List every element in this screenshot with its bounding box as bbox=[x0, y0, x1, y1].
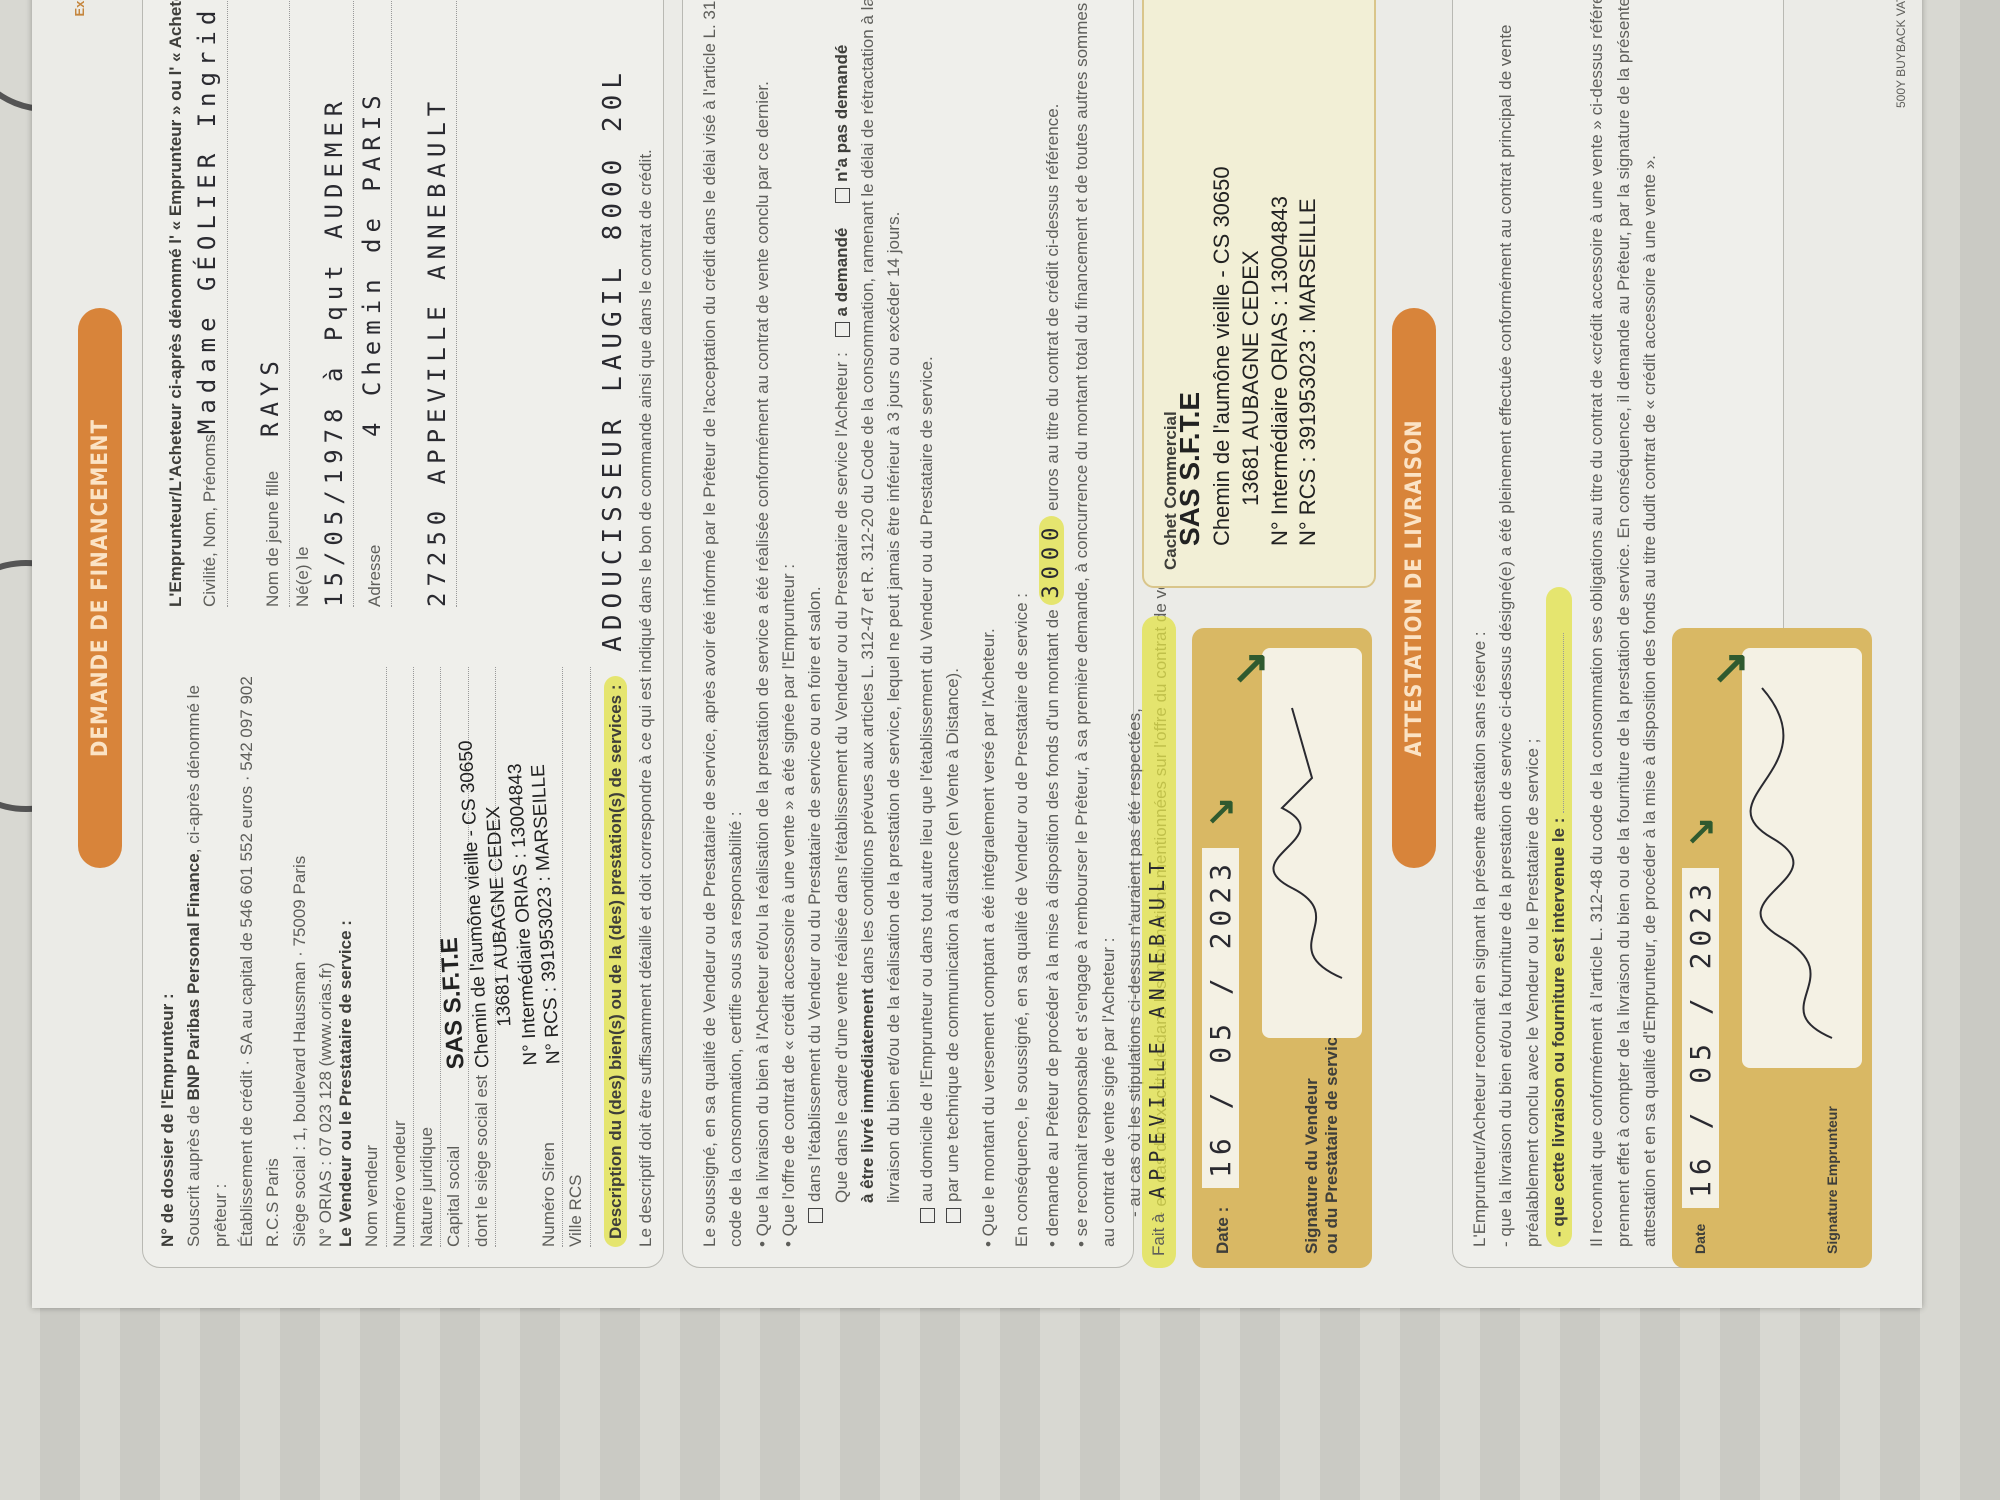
borrower-field-value[interactable]: Madame GÉOLIER Ingrid bbox=[189, 5, 226, 434]
checkbox-not-asked[interactable] bbox=[835, 188, 850, 203]
description-block: Description du (des) bien(s) ou de la (d… bbox=[593, 0, 660, 1247]
checkbox-asked[interactable] bbox=[835, 322, 850, 337]
vendor-field-row: Ville RCS bbox=[563, 667, 590, 1247]
checkbox-distance[interactable] bbox=[946, 1208, 961, 1223]
borrower-field-label: Adresse bbox=[362, 437, 388, 607]
vendor-field-label: Nature juridique bbox=[414, 1097, 440, 1247]
borrower-field-value[interactable]: 4 Chemin de PARIS bbox=[354, 89, 391, 437]
borrower-field-row: Adresse4 Chemin de PARIS bbox=[354, 0, 392, 607]
borrower-field-label: Né(e) le bbox=[290, 437, 316, 607]
vendor-place-field: Fait à APPEVILLE ANNEBAULT bbox=[1142, 616, 1176, 1268]
vendor-stamp: SAS S.F.T.E Chemin de l'aumône vieille -… bbox=[425, 736, 567, 1070]
lender-block: N° de dossier de l'Emprunteur : Souscrit… bbox=[155, 667, 339, 1247]
borrower-field-row: Nom de jeune filleRAYS bbox=[252, 0, 290, 607]
checkbox-home[interactable] bbox=[920, 1208, 935, 1223]
vendor-signature-box: Date : 16 / 05 / 2023 ↘ Signature du Ven… bbox=[1192, 628, 1372, 1268]
cachet-commercial-box: Cachet Commercial SAS S.F.T.E Chemin de … bbox=[1142, 0, 1376, 588]
borrower-signature-box: Date 16 / 05 / 2023 ↘ Signature Emprunte… bbox=[1672, 628, 1872, 1268]
vendor-field-label: Numéro vendeur bbox=[387, 1097, 413, 1247]
vendor-signature-area[interactable] bbox=[1262, 648, 1362, 1038]
borrower-field-value[interactable]: RAYS bbox=[252, 355, 289, 437]
borrower-heading: L'Emprunteur/L'Acheteur ci-après dénommé… bbox=[163, 0, 189, 607]
signature-scribble-icon bbox=[1262, 648, 1362, 1038]
vendor-heading: Le Vendeur ou le Prestataire de service … bbox=[333, 667, 359, 1247]
borrower-fields: Civilité, Nom, PrénomsMadame GÉOLIER Ing… bbox=[189, 0, 457, 607]
signature-scribble-icon bbox=[1742, 648, 1862, 1068]
financing-request-form: DEMANDE DE FINANCEMENT Exemplaire Prêteu… bbox=[32, 0, 1922, 1308]
certification-section: Le soussigné, en sa qualité de Vendeur o… bbox=[682, 0, 1134, 1268]
vendor-field-row: Nom vendeur bbox=[359, 667, 386, 1247]
checkbox-in-store[interactable] bbox=[808, 1208, 823, 1223]
vendor-field-label: Ville RCS bbox=[563, 1097, 589, 1247]
borrower-signature-area[interactable] bbox=[1742, 648, 1862, 1068]
form-title: DEMANDE DE FINANCEMENT bbox=[78, 308, 122, 868]
arrow-icon: ↘ bbox=[1702, 649, 1756, 688]
borrower-field-row: Né(e) le15/05/1978 à Pqut AUDEMER bbox=[290, 0, 355, 607]
vendor-field-label: Numéro Siren bbox=[536, 1097, 562, 1247]
vendor-stamp: SAS S.F.T.E Chemin de l'aumône vieille -… bbox=[1172, 166, 1323, 546]
description-label: Description du (des) bien(s) ou de la (d… bbox=[604, 676, 627, 1247]
borrower-block: L'Emprunteur/L'Acheteur ci-après dénommé… bbox=[163, 0, 457, 607]
vendor-field-label: dont le siège social est bbox=[469, 1075, 495, 1247]
vendor-field-row: Numéro vendeur bbox=[387, 667, 414, 1247]
copy-label: Exemplaire Prêteur À RENVOYER bbox=[72, 0, 102, 58]
borrower-field-value[interactable]: 15/05/1978 à Pqut AUDEMER bbox=[316, 96, 353, 607]
delivery-date-field[interactable] bbox=[1563, 633, 1564, 813]
lender-name: BNP Paribas Personal Finance bbox=[184, 853, 203, 1100]
borrower-field-row: Civilité, Nom, PrénomsMadame GÉOLIER Ing… bbox=[189, 0, 227, 607]
dossier-label: N° de dossier de l'Emprunteur : bbox=[155, 667, 181, 1247]
vendor-date-value[interactable]: 16 / 05 / 2023 bbox=[1202, 848, 1239, 1188]
description-value[interactable]: ADOUCISSEUR LAUGIL 8000 20L bbox=[598, 67, 628, 652]
vendor-field-label: Nom vendeur bbox=[359, 1097, 385, 1247]
borrower-date-value[interactable]: 16 / 05 / 2023 bbox=[1682, 868, 1719, 1208]
arrow-icon: ↘ bbox=[1198, 796, 1243, 828]
borrower-field-value[interactable]: 27250 APPEVILLE ANNEBAULT bbox=[419, 96, 456, 607]
vendor-field-label: Capital social bbox=[441, 1097, 467, 1247]
borrower-field-row: 27250 APPEVILLE ANNEBAULT bbox=[392, 0, 457, 607]
attestation-title: ATTESTATION DE LIVRAISON bbox=[1392, 308, 1436, 868]
parties-section: N° de dossier de l'Emprunteur : Souscrit… bbox=[142, 0, 664, 1268]
vendor-place-value[interactable]: APPEVILLE ANNEBAULT bbox=[1145, 856, 1169, 1199]
arrow-icon: ↘ bbox=[1678, 816, 1723, 848]
borrower-field-label: Civilité, Nom, Prénoms bbox=[197, 434, 223, 607]
arrow-icon: ↘ bbox=[1222, 649, 1276, 688]
borrower-field-label: Nom de jeune fille bbox=[260, 437, 286, 607]
funds-amount[interactable]: 3000 bbox=[1039, 516, 1064, 605]
footer-code: 500Y BUYBACK VAT 2206 bbox=[1892, 0, 1911, 108]
